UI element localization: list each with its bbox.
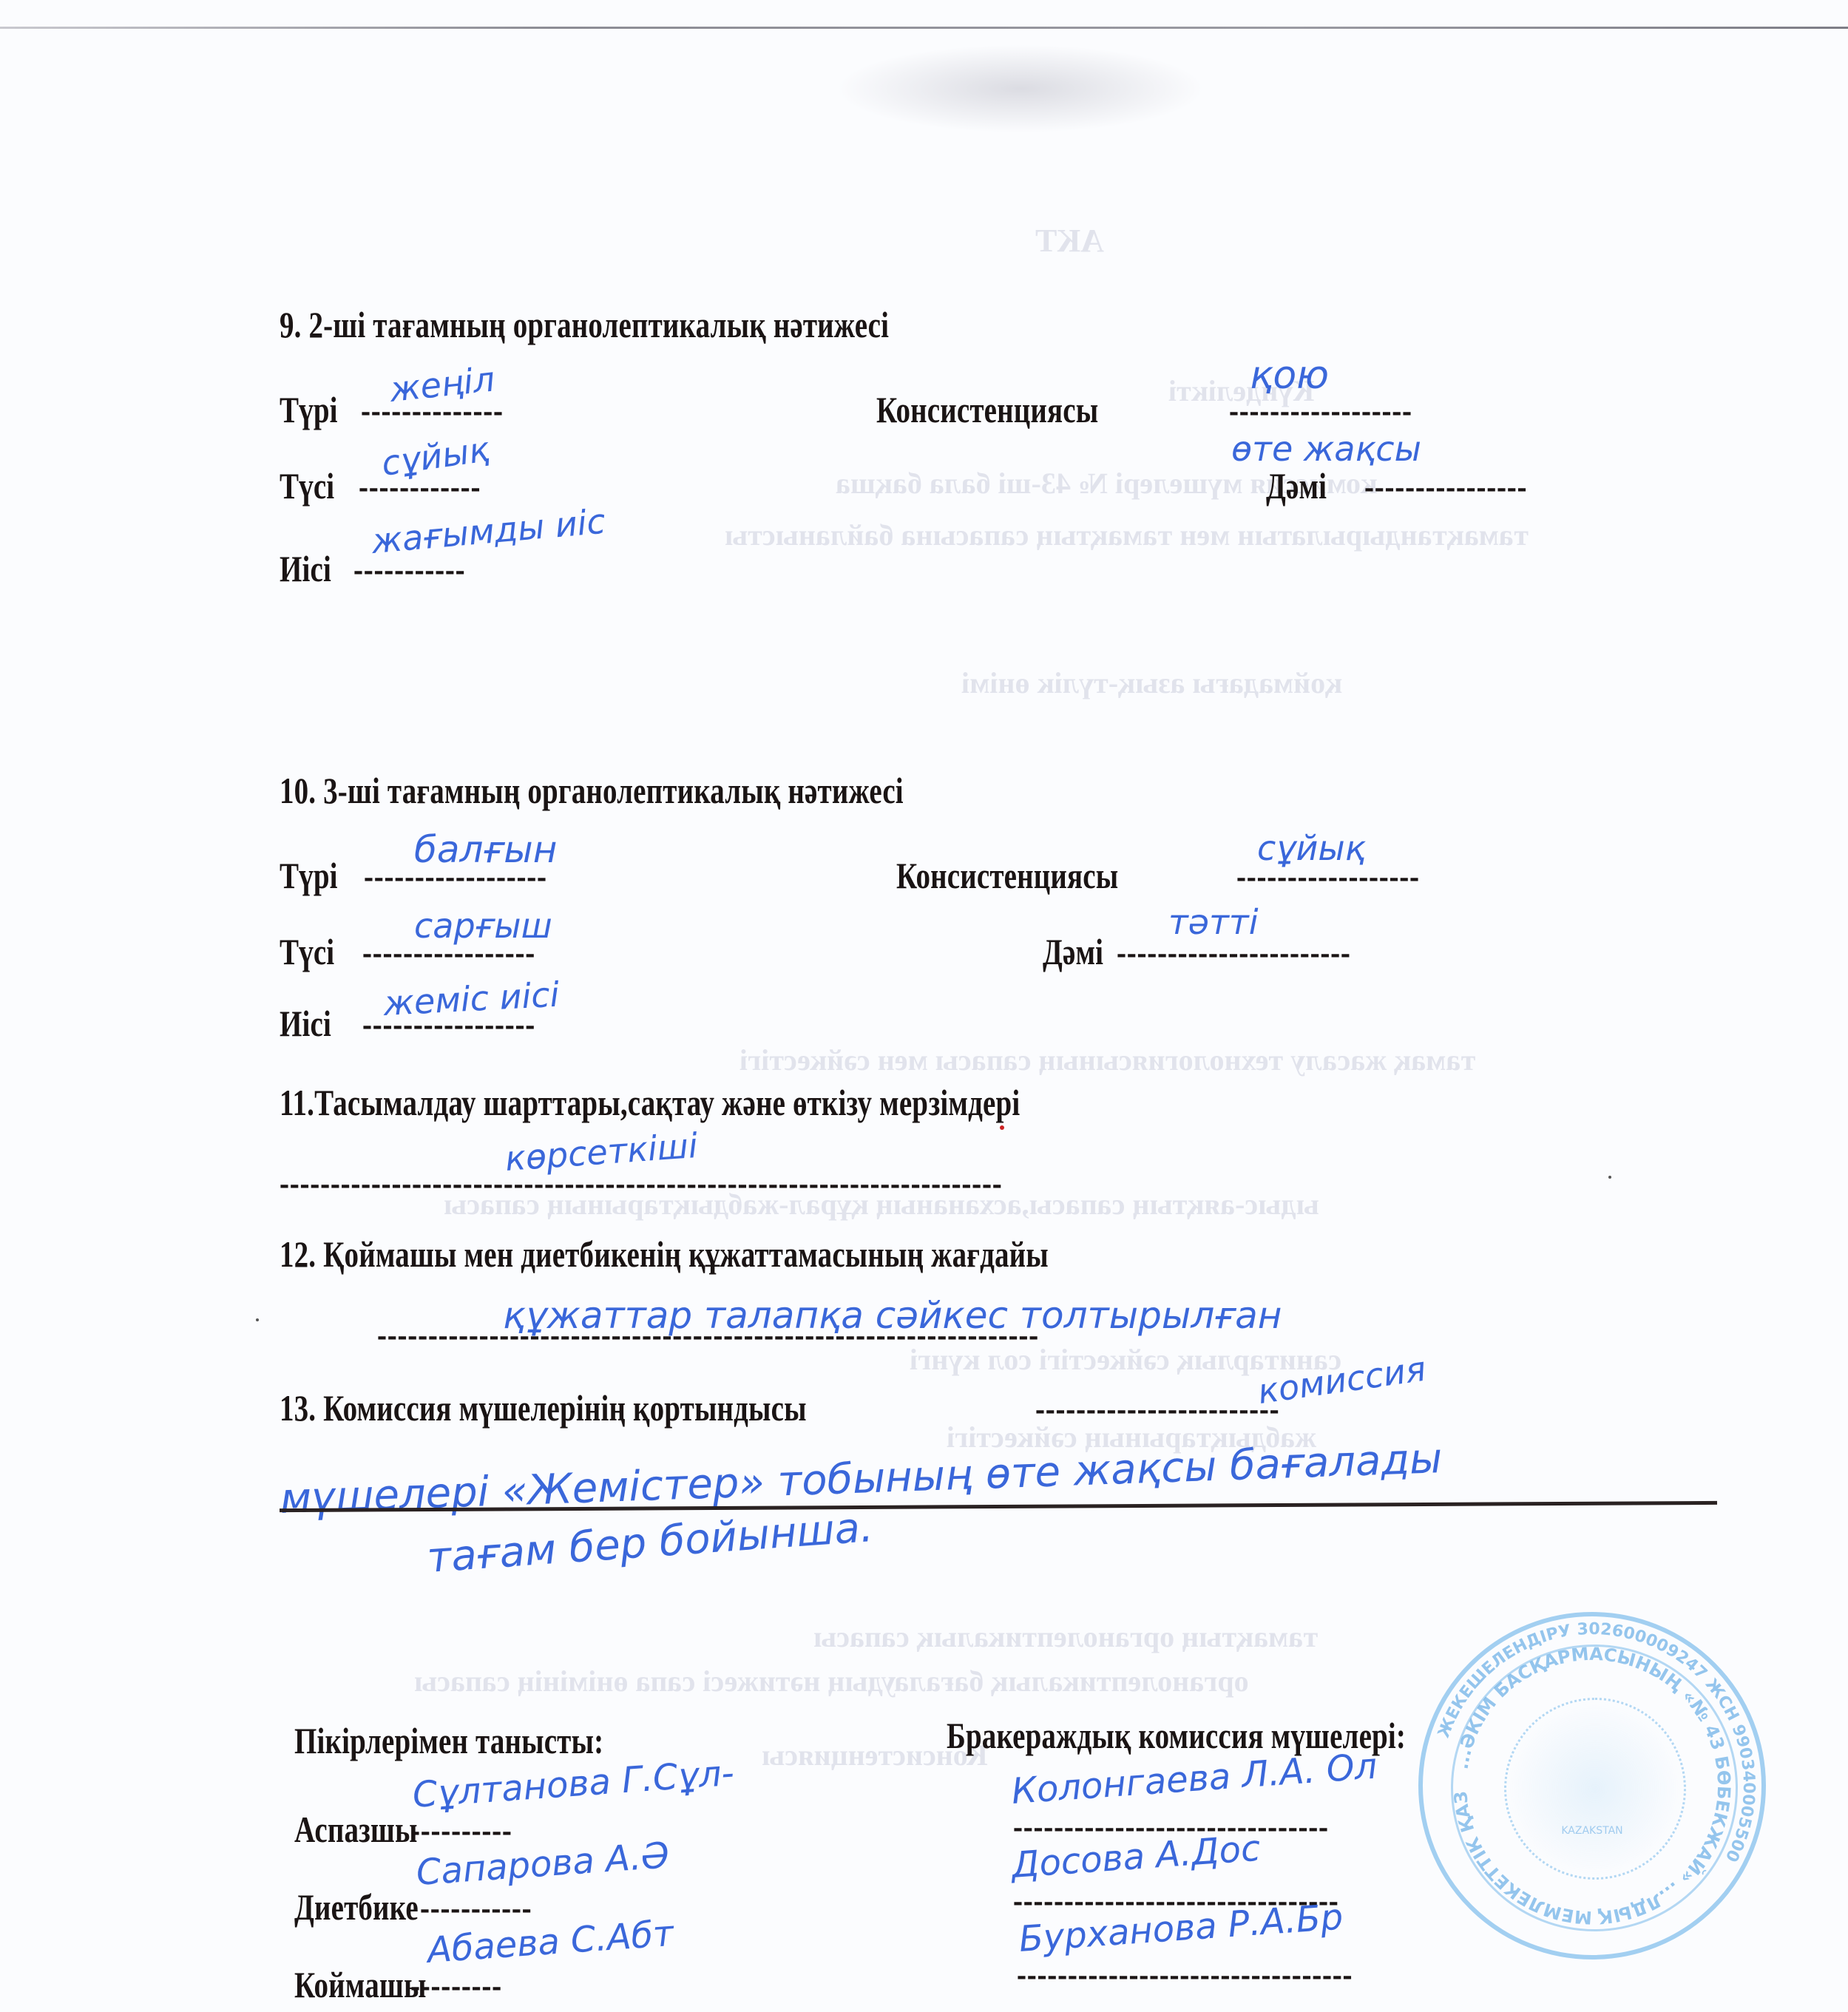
handwritten-value: сарғыш <box>414 906 552 946</box>
field-label: Түрі <box>280 854 338 897</box>
signer-label: Аспазшы <box>294 1808 418 1851</box>
svg-text:KAZAKSTAN: KAZAKSTAN <box>1561 1825 1622 1837</box>
signer-label: Коймашы <box>294 1963 427 2006</box>
stamp-text-ring: ЖЕКЕШЕЛЕНДІРУ 302600009247 ЖСН 990340005… <box>1418 1612 1766 1960</box>
handwritten-value: қою <box>1250 353 1329 398</box>
field-dashes: ----------------------------------------… <box>280 1161 1002 1204</box>
section-12-title: 12. Қоймашы мен диетбикенің құжаттамасын… <box>280 1233 1049 1276</box>
handwritten-value: балғын <box>414 828 557 871</box>
ink-speck <box>1608 1176 1611 1179</box>
handwritten-value: сұйық <box>1257 828 1366 868</box>
bleed-smudge <box>836 44 1205 133</box>
field-dashes: ----------------------------------------… <box>377 1312 1039 1355</box>
official-stamp: ЖЕКЕШЕЛЕНДІРУ 302600009247 ЖСН 990340005… <box>1418 1612 1766 1960</box>
bleed-line: қоймадағы азық-түлік өнімі <box>961 665 1342 700</box>
field-label: Консистенциясы <box>876 388 1098 431</box>
bleed-heading: АКТ <box>1035 222 1104 260</box>
field-label: Консистенциясы <box>896 854 1118 897</box>
bleed-line: тамақтандырылатын мен тамақтың сапасына … <box>725 518 1529 552</box>
bleed-line: тамақ жасалу технологиясының сапасы мен … <box>739 1043 1475 1077</box>
field-label: Дәмі <box>1266 464 1327 507</box>
handwritten-value: тәтті <box>1168 902 1258 942</box>
field-label: Түсі <box>280 930 334 973</box>
handwritten-value: жағымды иіс <box>370 501 606 561</box>
red-speck <box>1000 1125 1004 1130</box>
commission-dashes: --------------------------------- <box>1017 1952 1353 1995</box>
field-dashes: ------------------------ <box>1035 1386 1279 1429</box>
field-label: Иісі <box>280 1002 331 1045</box>
signer-dashes: --------- <box>410 1963 502 2006</box>
field-label: Иісі <box>280 547 331 590</box>
ink-speck <box>256 1318 259 1321</box>
signer-label: Диетбике <box>294 1886 419 1928</box>
scan-top-edge <box>0 27 1848 29</box>
section-9-title: 9. 2-ші тағамның органолептикалық нәтиже… <box>280 303 889 346</box>
section-11-title: 11.Тасымалдау шарттары,сақтау және өткіз… <box>280 1081 1020 1124</box>
field-label: Дәмі <box>1043 930 1103 973</box>
section-10-title: 10. 3-ші тағамның органолептикалық нәтиж… <box>280 769 904 812</box>
handwritten-value: өте жақсы <box>1231 429 1421 469</box>
bleed-line: органолептикалық бағалаудың нәтижесі сап… <box>414 1664 1249 1698</box>
acknowledged-heading: Пікірлерімен танысты: <box>294 1719 603 1762</box>
field-label: Түрі <box>280 388 338 431</box>
section-13-title: 13. Комиссия мүшелерінің қортындысы <box>280 1386 807 1429</box>
field-label: Түсі <box>280 464 334 507</box>
bleed-line: тамақтың органолептикалық сапасы <box>813 1619 1318 1654</box>
field-dashes: ---------------- <box>1364 464 1527 507</box>
